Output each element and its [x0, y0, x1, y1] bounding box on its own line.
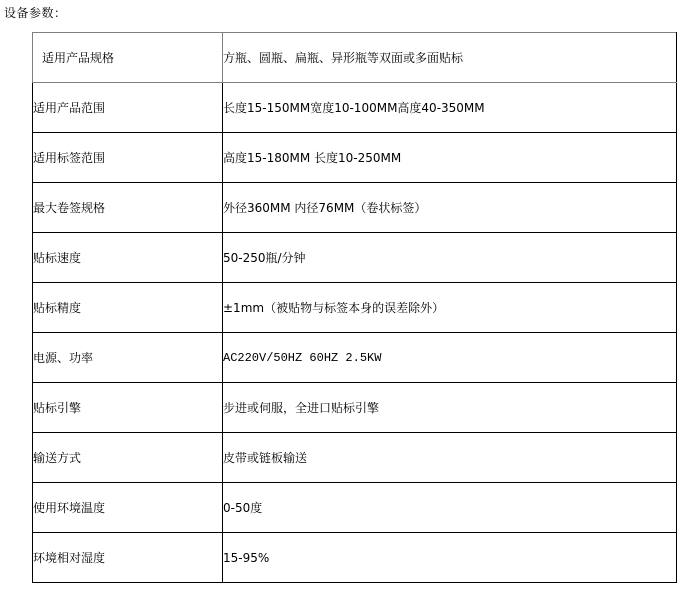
equipment-spec-table: 适用产品规格 方瓶、圆瓶、扁瓶、异形瓶等双面或多面贴标 适用产品范围 长度15-…: [32, 32, 677, 583]
section-heading: 设备参数：: [4, 6, 67, 20]
spec-value: AC220V/50HZ 60HZ 2.5KW: [223, 333, 677, 383]
spec-label: 贴标精度: [33, 283, 223, 333]
table-row: 使用环境温度 0-50度: [33, 483, 677, 533]
spec-value: 长度15-150MM宽度10-100MM高度40-350MM: [223, 83, 677, 133]
spec-value: 皮带或链板输送: [223, 433, 677, 483]
spec-label: 使用环境温度: [33, 483, 223, 533]
spec-label: 最大卷签规格: [33, 183, 223, 233]
table-row: 适用产品范围 长度15-150MM宽度10-100MM高度40-350MM: [33, 83, 677, 133]
spec-value: ±1mm（被贴物与标签本身的误差除外）: [223, 283, 677, 333]
table-row: 适用产品规格 方瓶、圆瓶、扁瓶、异形瓶等双面或多面贴标: [33, 33, 677, 83]
spec-value: 0-50度: [223, 483, 677, 533]
table-row: 环境相对湿度 15-95%: [33, 533, 677, 583]
spec-value: 高度15-180MM 长度10-250MM: [223, 133, 677, 183]
spec-label: 贴标速度: [33, 233, 223, 283]
table-row: 输送方式 皮带或链板输送: [33, 433, 677, 483]
spec-value: 外径360MM 内径76MM（卷状标签）: [223, 183, 677, 233]
spec-label: 适用标签范围: [33, 133, 223, 183]
spec-label: 适用产品规格: [33, 33, 223, 83]
spec-value: 步进或伺服，全进口贴标引擎: [223, 383, 677, 433]
spec-value: 15-95%: [223, 533, 677, 583]
spec-label: 电源、功率: [33, 333, 223, 383]
spec-value: 方瓶、圆瓶、扁瓶、异形瓶等双面或多面贴标: [223, 33, 677, 83]
table-row: 电源、功率 AC220V/50HZ 60HZ 2.5KW: [33, 333, 677, 383]
spec-value: 50-250瓶/分钟: [223, 233, 677, 283]
spec-label: 输送方式: [33, 433, 223, 483]
table-row: 贴标引擎 步进或伺服，全进口贴标引擎: [33, 383, 677, 433]
spec-label: 适用产品范围: [33, 83, 223, 133]
spec-label: 贴标引擎: [33, 383, 223, 433]
table-row: 贴标精度 ±1mm（被贴物与标签本身的误差除外）: [33, 283, 677, 333]
table-row: 最大卷签规格 外径360MM 内径76MM（卷状标签）: [33, 183, 677, 233]
table-row: 贴标速度 50-250瓶/分钟: [33, 233, 677, 283]
spec-label: 环境相对湿度: [33, 533, 223, 583]
table-row: 适用标签范围 高度15-180MM 长度10-250MM: [33, 133, 677, 183]
